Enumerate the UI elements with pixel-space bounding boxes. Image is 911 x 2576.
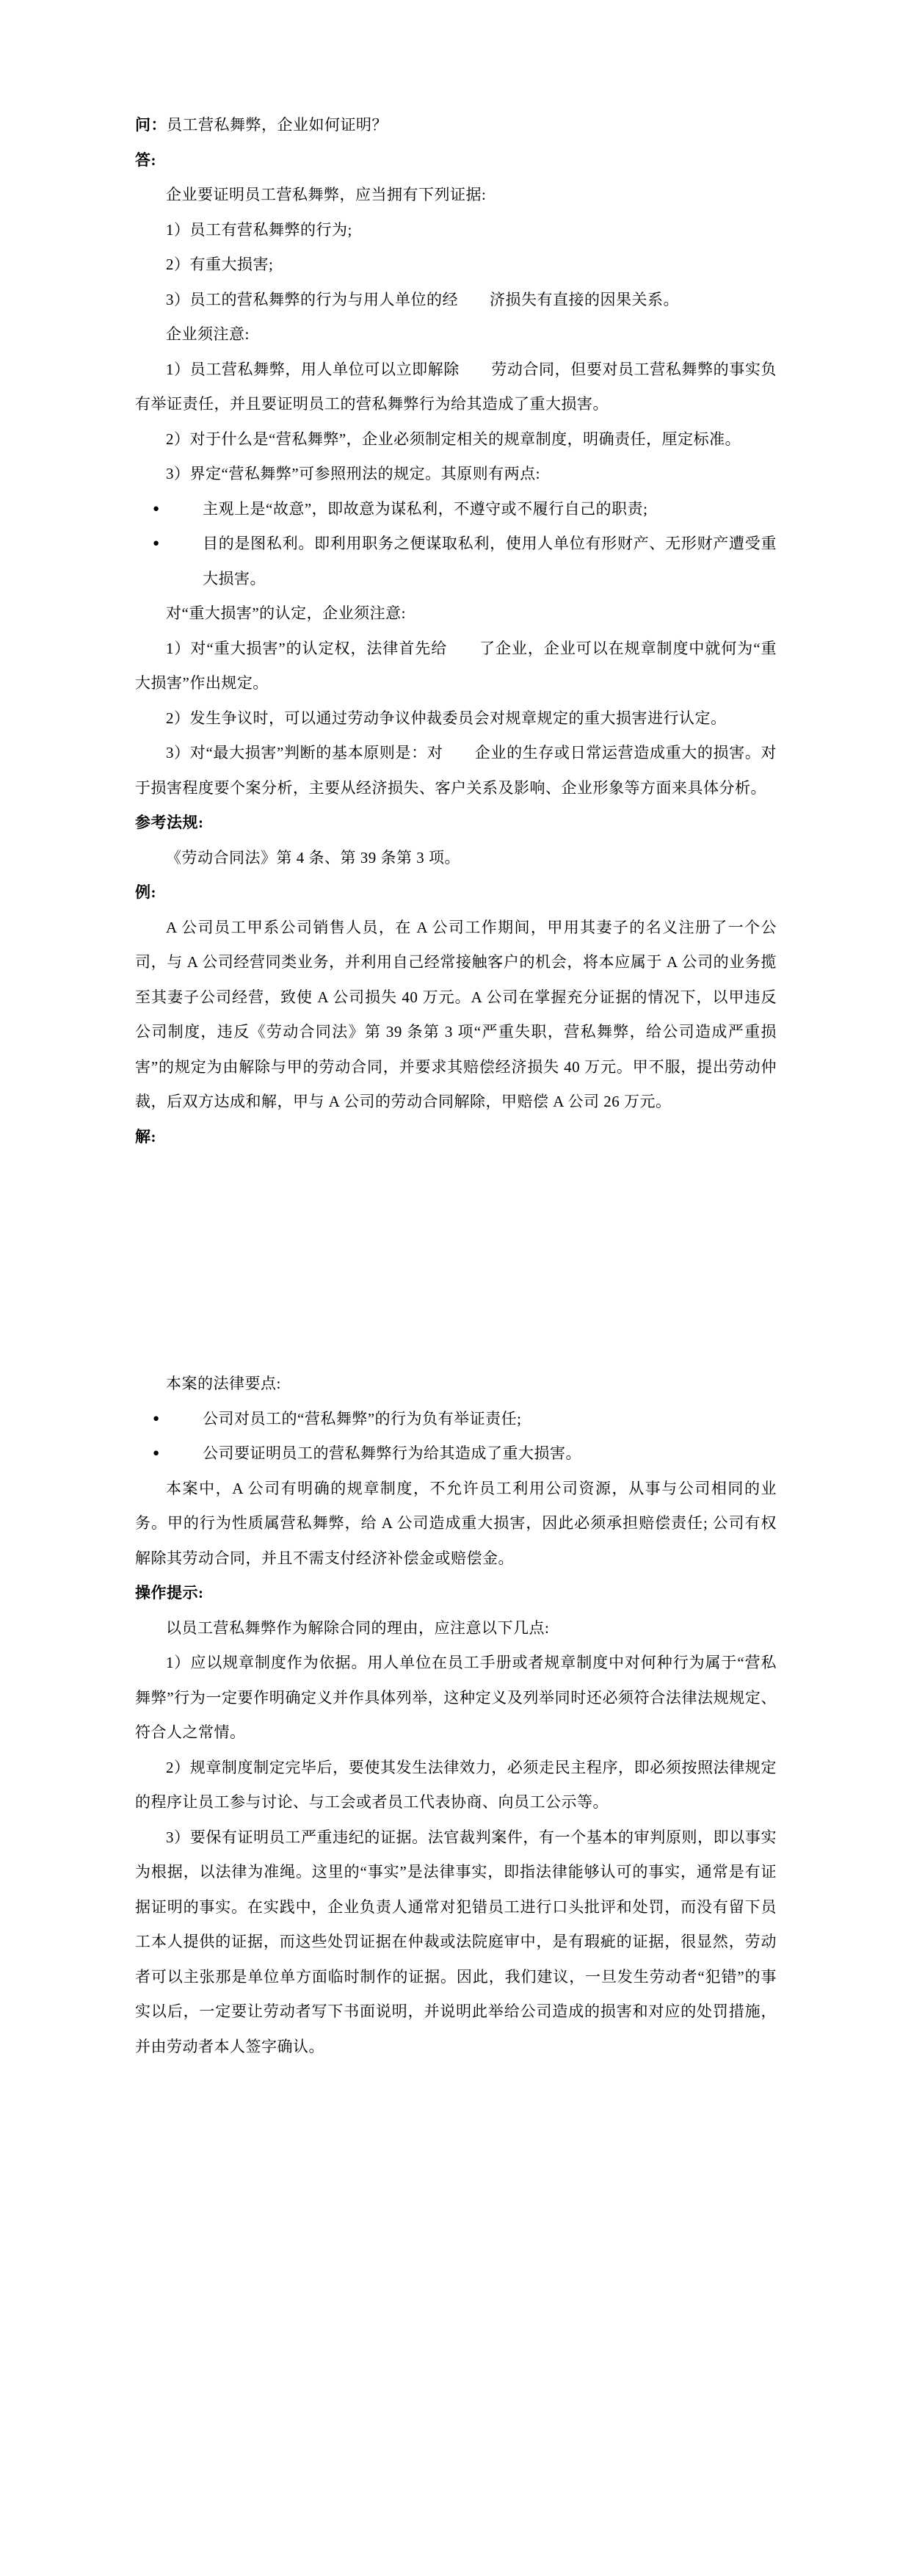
question-line: 问：员工营私舞弊，企业如何证明？: [135, 108, 777, 143]
section-heading: 参考法规:: [135, 806, 777, 841]
bullet-item: ●目的是图私利。即利用职务之便谋取私利，使用人单位有形财产、无形财产遭受重大损害…: [135, 527, 777, 596]
paragraph: 1）应以规章制度作为依据。用人单位在员工手册或者规章制度中对何种行为属于“营私舞…: [135, 1646, 777, 1751]
bullet-icon: ●: [135, 1402, 203, 1437]
bullet-item: ●公司要证明员工的营私舞弊行为给其造成了重大损害。: [135, 1436, 777, 1472]
bullet-icon: ●: [135, 527, 203, 596]
bullet-text: 公司要证明员工的营私舞弊行为给其造成了重大损害。: [203, 1436, 777, 1472]
paragraph: 企业要证明员工营私舞弊，应当拥有下列证据:: [135, 178, 777, 213]
paragraph: 《劳动合同法》第 4 条、第 39 条第 3 项。: [135, 841, 777, 876]
paragraph: 2）规章制度制定完毕后，要使其发生法律效力，必须走民主程序，即必须按照法律规定的…: [135, 1751, 777, 1820]
bullet-text: 公司对员工的“营私舞弊”的行为负有举证责任;: [203, 1402, 777, 1437]
content-gap: [135, 1154, 777, 1367]
paragraph: 2）对于什么是“营私舞弊”，企业必须制定相关的规章制度，明确责任，厘定标准。: [135, 422, 777, 457]
paragraph: 3）界定“营私舞弊”可参照刑法的规定。其原则有两点:: [135, 457, 777, 492]
paragraph: 对“重大损害”的认定，企业须注意:: [135, 596, 777, 632]
paragraph: 2）发生争议时，可以通过劳动争议仲裁委员会对规章规定的重大损害进行认定。: [135, 701, 777, 737]
question-prefix: 问：: [135, 116, 167, 134]
paragraph: 3）对“最大损害”判断的基本原则是：对 企业的生存或日常运营造成重大的损害。对于…: [135, 736, 777, 806]
paragraph: 以员工营私舞弊作为解除合同的理由，应注意以下几点:: [135, 1611, 777, 1646]
paragraph: 3）员工的营私舞弊的行为与用人单位的经 济损失有直接的因果关系。: [135, 283, 777, 318]
paragraph: 本案的法律要点:: [135, 1367, 777, 1402]
paragraph: 本案中，A 公司有明确的规章制度，不允许员工利用公司资源，从事与公司相同的业务。…: [135, 1472, 777, 1577]
bullet-icon: ●: [135, 492, 203, 527]
paragraph: 3）要保有证明员工严重违纪的证据。法官裁判案件，有一个基本的审判原则，即以事实为…: [135, 1820, 777, 2065]
bullet-text: 目的是图私利。即利用职务之便谋取私利，使用人单位有形财产、无形财产遭受重大损害。: [203, 527, 777, 596]
question-text: 员工营私舞弊，企业如何证明？: [167, 116, 388, 134]
paragraph: A 公司员工甲系公司销售人员，在 A 公司工作期间，甲用其妻子的名义注册了一个公…: [135, 911, 777, 1120]
section-heading: 答:: [135, 143, 777, 178]
bullet-text: 主观上是“故意”，即故意为谋私利，不遵守或不履行自己的职责;: [203, 492, 777, 527]
paragraph: 企业须注意:: [135, 317, 777, 352]
document-page: { "page": { "background_color": "#ffffff…: [0, 0, 911, 2576]
section-heading: 操作提示:: [135, 1576, 777, 1611]
bullet-item: ●公司对员工的“营私舞弊”的行为负有举证责任;: [135, 1402, 777, 1437]
paragraph: 1）对“重大损害”的认定权，法律首先给 了企业，企业可以在规章制度中就何为“重大…: [135, 632, 777, 701]
section-heading: 解:: [135, 1120, 777, 1155]
bullet-icon: ●: [135, 1436, 203, 1472]
paragraph: 1）员工有营私舞弊的行为;: [135, 213, 777, 248]
paragraph: 1）员工营私舞弊，用人单位可以立即解除 劳动合同，但要对员工营私舞弊的事实负有举…: [135, 352, 777, 422]
bullet-item: ●主观上是“故意”，即故意为谋私利，不遵守或不履行自己的职责;: [135, 492, 777, 527]
paragraph: 2）有重大损害;: [135, 247, 777, 283]
document-body: 问：员工营私舞弊，企业如何证明？答:企业要证明员工营私舞弊，应当拥有下列证据:1…: [0, 0, 911, 2064]
section-heading: 例:: [135, 875, 777, 911]
